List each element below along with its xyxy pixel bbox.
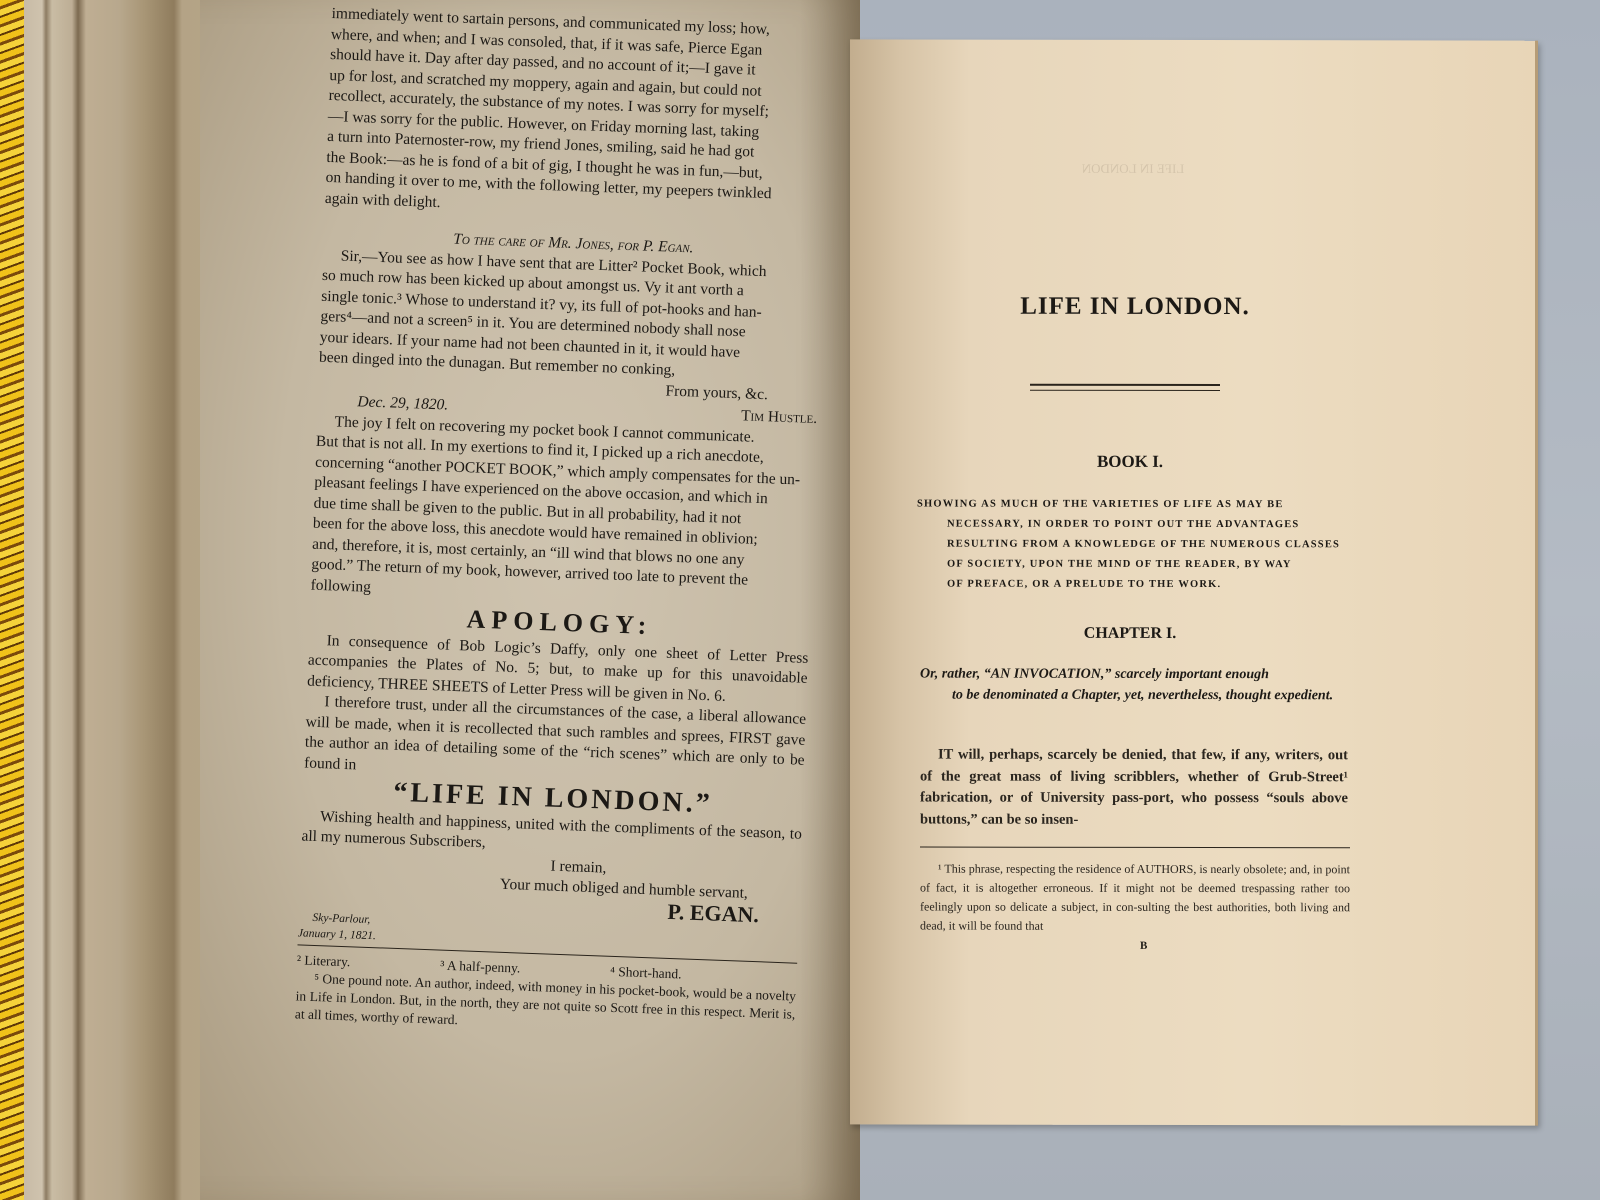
- footnote-right: ¹ This phrase, respecting the residence …: [920, 860, 1350, 937]
- apology-paragraph-2: I therefore trust, under all the circums…: [304, 692, 807, 792]
- footnote-rule-right: [920, 847, 1350, 849]
- footnote-1: ¹ This phrase, respecting the residence …: [920, 860, 1350, 937]
- title-double-rule: [1030, 384, 1220, 391]
- page-title: LIFE IN LONDON.: [985, 293, 1285, 322]
- page-stack-edges: [24, 0, 214, 1200]
- book-description-line-5: OF PREFACE, OR A PRELUDE TO THE WORK.: [917, 575, 1347, 596]
- left-page-text: immediately went to sartain persons, and…: [295, 4, 832, 1042]
- chapter-subtitle-line-1: Or, rather, “AN INVOCATION,” scarcely im…: [920, 667, 1269, 683]
- letter-signature: Tim Hustle.: [741, 406, 818, 429]
- book-description-line-4: OF SOCIETY, UPON THE MIND OF THE READER,…: [917, 555, 1347, 576]
- chapter-opening-paragraph: IT will, perhaps, scarcely be denied, th…: [920, 745, 1348, 832]
- bleed-through-header: LIFE IN LONDON: [918, 160, 1348, 179]
- bleed-through-text: LIFE IN LONDON: [918, 160, 1348, 179]
- book-description-line-3: RESULTING FROM A KNOWLEDGE OF THE NUMERO…: [917, 535, 1347, 556]
- book-description-line-2: NECESSARY, IN ORDER TO POINT OUT THE ADV…: [917, 515, 1347, 536]
- right-page: LIFE IN LONDON LIFE IN LONDON. BOOK I. S…: [850, 39, 1538, 1125]
- book-description: SHOWING AS MUCH OF THE VARIETIES OF LIFE…: [917, 495, 1347, 596]
- gilt-page-edge: [0, 0, 24, 1200]
- footnote-2: ² Literary.: [297, 951, 351, 971]
- chapter-body: IT will, perhaps, scarcely be denied, th…: [920, 745, 1348, 832]
- book-heading: BOOK I.: [1000, 452, 1260, 472]
- chapter-subtitle: Or, rather, “AN INVOCATION,” scarcely im…: [920, 664, 1348, 707]
- signature-mark: B: [1140, 940, 1147, 952]
- chapter-subtitle-rest: to be denominated a Chapter, yet, nevert…: [920, 685, 1348, 707]
- chapter-heading: CHAPTER I.: [1000, 625, 1260, 643]
- left-page: immediately went to sartain persons, and…: [200, 0, 860, 1200]
- book-description-line-1: SHOWING AS MUCH OF THE VARIETIES OF LIFE…: [917, 499, 1284, 511]
